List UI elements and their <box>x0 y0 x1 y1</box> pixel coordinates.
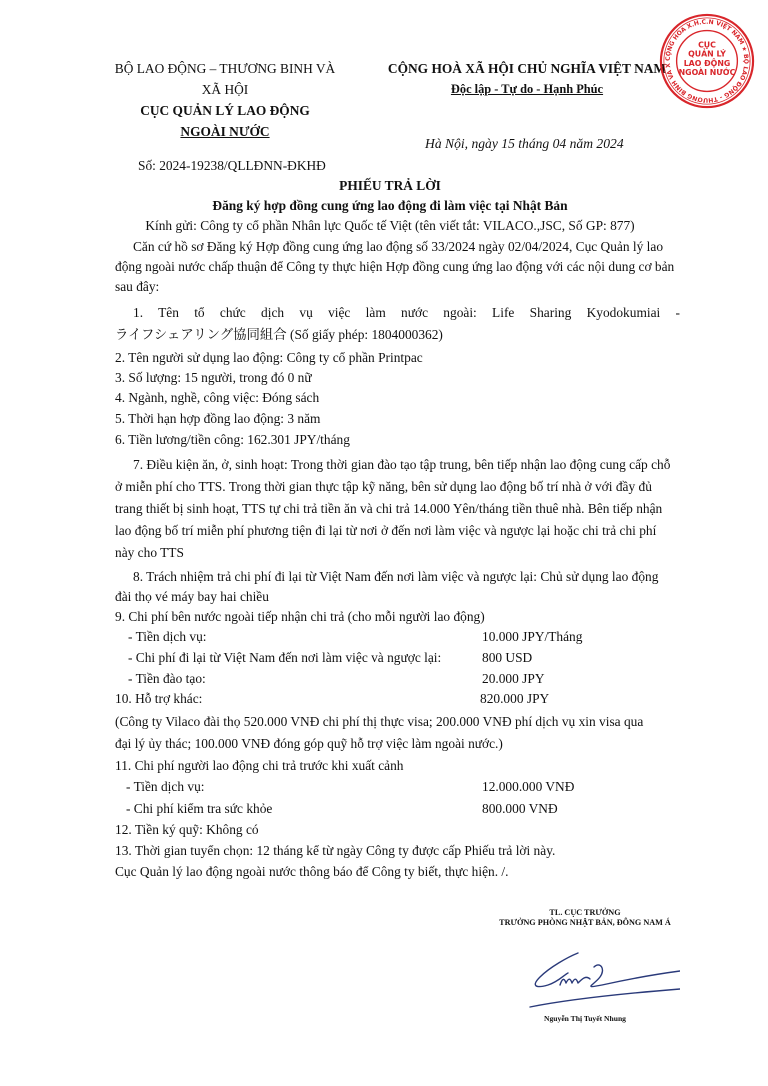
item-4: 4. Ngành, nghề, công việc: Đóng sách <box>115 390 319 406</box>
department-name-line1: CỤC QUẢN LÝ LAO ĐỘNG <box>90 100 360 121</box>
signatory-title-2: TRƯỞNG PHÒNG NHẬT BẢN, ĐÔNG NAM Á <box>490 918 680 928</box>
item-10-value: 820.000 JPY <box>480 691 549 707</box>
item-1-line-1: 1. Tên tổ chức dịch vụ việc làm nước ngo… <box>133 304 680 322</box>
signature-block: TL. CỤC TRƯỞNG TRƯỞNG PHÒNG NHẬT BẢN, ĐÔ… <box>490 908 680 927</box>
item-11-row-label: - Chi phí kiểm tra sức khỏe <box>126 801 272 817</box>
item-11-row-value: 12.000.000 VNĐ <box>482 779 574 795</box>
item-1-line-2: ライフシェアリング協同組合 (Số giấy phép: 1804000362) <box>115 324 443 343</box>
item-9-row-label: - Tiền dịch vụ: <box>128 629 207 645</box>
item-13: 13. Thời gian tuyển chọn: 12 tháng kể từ… <box>115 843 555 859</box>
national-motto: Độc lập - Tự do - Hạnh Phúc <box>372 79 682 100</box>
item-10-note-line-1: (Công ty Vilaco đài thọ 520.000 VNĐ chi … <box>115 714 643 730</box>
signatory-title-1: TL. CỤC TRƯỞNG <box>490 908 680 918</box>
national-heading: CỘNG HOÀ XÃ HỘI CHỦ NGHĨA VIỆT NAM Độc l… <box>372 58 682 100</box>
item-3: 3. Số lượng: 15 người, trong đó 0 nữ <box>115 370 312 386</box>
item-9-row-value: 10.000 JPY/Tháng <box>482 629 582 645</box>
ministry-name-line2: XÃ HỘI <box>90 79 360 100</box>
item-7-line-4: lao động bố trí miễn phí phương tiện đi … <box>115 523 656 539</box>
item-7-line-1: 7. Điều kiện ăn, ở, sinh hoạt: Trong thờ… <box>133 457 670 473</box>
item-6: 6. Tiền lương/tiền công: 162.301 JPY/thá… <box>115 432 350 448</box>
intro-line-2: động ngoài nước chấp thuận để Công ty th… <box>115 259 674 275</box>
item-9-row-label: - Tiền đào tạo: <box>128 671 206 687</box>
document-title: PHIẾU TRẢ LỜI <box>100 178 680 194</box>
item-12: 12. Tiền ký quỹ: Không có <box>115 822 259 838</box>
nation-name: CỘNG HOÀ XÃ HỘI CHỦ NGHĨA VIỆT NAM <box>372 58 682 79</box>
ministry-name-line1: BỘ LAO ĐỘNG – THƯƠNG BINH VÀ <box>90 58 360 79</box>
svg-text:CỤCQUẢN LÝLAO ĐỘNGNGOÀI NƯỚC: CỤCQUẢN LÝLAO ĐỘNGNGOÀI NƯỚC <box>679 40 736 77</box>
item-5: 5. Thời hạn hợp đồng lao động: 3 năm <box>115 411 320 427</box>
item-9-row-value: 20.000 JPY <box>482 671 545 687</box>
item-11-row-label: - Tiền dịch vụ: <box>126 779 205 795</box>
department-name-line2: NGOÀI NƯỚC <box>90 121 360 142</box>
signatory-name: Nguyễn Thị Tuyết Nhung <box>490 1014 680 1023</box>
item-9-row-value: 800 USD <box>482 650 532 666</box>
issuing-authority: BỘ LAO ĐỘNG – THƯƠNG BINH VÀ XÃ HỘI CỤC … <box>90 58 360 142</box>
item-7-line-2: ở miễn phí cho TTS. Trong thời gian thực… <box>115 479 652 495</box>
item-8-line-1: 8. Trách nhiệm trả chi phí đi lại từ Việ… <box>133 569 658 585</box>
item-9-heading: 9. Chi phí bên nước ngoài tiếp nhận chi … <box>115 609 485 625</box>
item-10-note-line-2: đại lý ủy thác; 100.000 VNĐ đóng góp quỹ… <box>115 736 503 752</box>
closing-statement: Cục Quản lý lao động ngoài nước thông bá… <box>115 864 509 880</box>
item-11-row-value: 800.000 VNĐ <box>482 801 558 817</box>
item-11-heading: 11. Chi phí người lao động chi trả trước… <box>115 758 404 774</box>
item-2: 2. Tên người sử dụng lao động: Công ty c… <box>115 350 423 366</box>
item-8-line-2: đài thọ vé máy bay hai chiều <box>115 589 269 605</box>
item-7-line-5: này cho TTS <box>115 545 184 561</box>
place-date: Hà Nội, ngày 15 tháng 04 năm 2024 <box>425 136 624 152</box>
intro-line-3: sau đây: <box>115 279 159 295</box>
item-9-row-label: - Chi phí đi lại từ Việt Nam đến nơi làm… <box>128 650 441 666</box>
intro-line-1: Căn cứ hồ sơ Đăng ký Hợp đồng cung ứng l… <box>133 239 663 255</box>
official-stamp-icon: CỘNG HÒA X.H.C.N VIỆT NAM ★ BỘ LAO ĐỘNG … <box>658 12 756 110</box>
handwritten-signature-icon <box>520 945 680 1015</box>
item-7-line-3: trang thiết bị sinh hoạt, TTS tự chi trả… <box>115 501 662 517</box>
recipient-line: Kính gửi: Công ty cổ phần Nhân lực Quốc … <box>100 218 680 234</box>
document-number: Số: 2024-19238/QLLĐNN-ĐKHĐ <box>138 158 326 174</box>
item-10-label: 10. Hỗ trợ khác: <box>115 691 202 707</box>
document-subtitle: Đăng ký hợp đồng cung ứng lao động đi là… <box>100 198 680 214</box>
